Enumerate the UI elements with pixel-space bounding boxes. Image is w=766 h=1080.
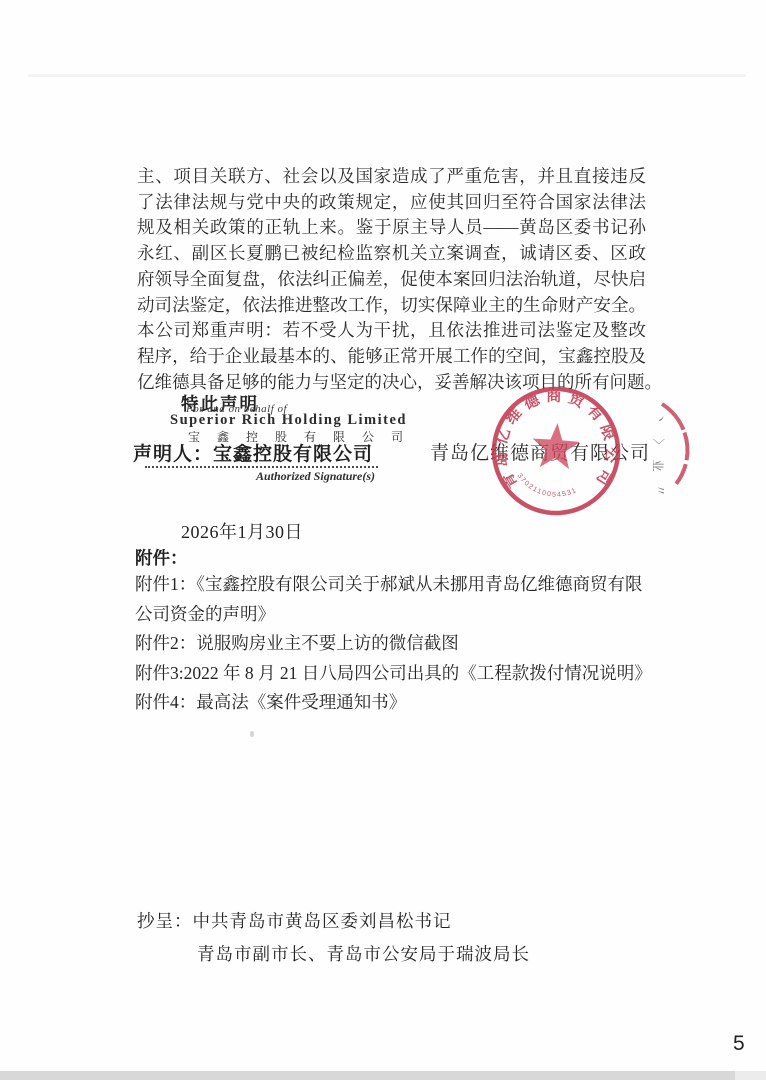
- ghost-seal-mark: 业: [650, 459, 667, 471]
- body-line: 动司法鉴定，依法推进整改工作，切实保障业主的生命财产安全。: [137, 293, 646, 319]
- body-line: 主、项目关联方、社会以及国家造成了严重危害，并且直接违反: [137, 164, 646, 190]
- body-paragraph: 主、项目关联方、社会以及国家造成了严重危害，并且直接违反 了法律法规与党中央的政…: [137, 164, 646, 395]
- attachment-item-2: 附件2：说服购房业主不要上访的微信截图: [135, 629, 650, 659]
- attachments-label: 附件：: [135, 545, 188, 570]
- ghost-seal-mark: 丶: [653, 412, 670, 424]
- scan-artifact-line: [28, 74, 746, 77]
- body-line: 了法律法规与党中央的政策规定，应使其回归至符合国家法律法: [137, 190, 646, 216]
- body-line: 永红、副区长夏鹏已被纪检监察机关立案调查，诚请区委、区政: [137, 241, 646, 267]
- attachment-item-4: 附件4：最高法《案件受理通知书》: [135, 688, 650, 718]
- scan-bottom-bar-light: [735, 1071, 766, 1080]
- company-seal: 青岛亿维德商贸有限公司 3702110054531: [483, 382, 629, 524]
- attachment-item-3: 附件3:2022 年 8 月 21 日八局四公司出具的《工程款拨付情况说明》: [135, 659, 650, 689]
- attachment-item-1: 附件1：《宝鑫控股有限公司关于郝斌从未挪用青岛亿维德商贸有限公司资金的声明》: [135, 570, 650, 629]
- company-name-english: Superior Rich Holding Limited: [170, 412, 407, 429]
- seal-registration-number: 3702110054531: [515, 469, 578, 502]
- date-line: 2026年1月30日: [181, 518, 303, 544]
- cc-line-1: 抄呈：中共青岛市黄岛区委刘昌松书记: [137, 908, 452, 933]
- body-line: 程序，给于企业最基本的、能够正常开展工作的空间，宝鑫控股及: [137, 344, 646, 370]
- scan-speck: [250, 731, 254, 737]
- authorized-signature-label: Authorized Signature(s): [256, 469, 375, 484]
- scan-bottom-bar: [0, 1071, 766, 1080]
- body-line: 本公司郑重声明：若不受人为干扰，且依法推进司法鉴定及整改: [137, 318, 646, 344]
- body-line: 规及相关政策的正轨上来。鉴于原主导人员——黄岛区委书记孙: [137, 215, 646, 241]
- signature-dotted-line: [145, 450, 378, 468]
- svg-text:3702110054531: 3702110054531: [515, 469, 578, 502]
- scanned-document-page: 主、项目关联方、社会以及国家造成了严重危害，并且直接违反 了法律法规与党中央的政…: [0, 0, 766, 1080]
- body-line: 府领导全面复盘，依法纠正偏差，促使本案回归法治轨道，尽快启: [137, 267, 646, 293]
- cc-line-2: 青岛市副市长、青岛市公安局于瑞波局长: [197, 941, 530, 966]
- ghost-seal-mark: 〉: [651, 438, 668, 450]
- page-number: 5: [733, 1032, 745, 1056]
- seal-star-icon: [531, 421, 582, 469]
- ghost-seal-mark: 〃: [653, 484, 670, 496]
